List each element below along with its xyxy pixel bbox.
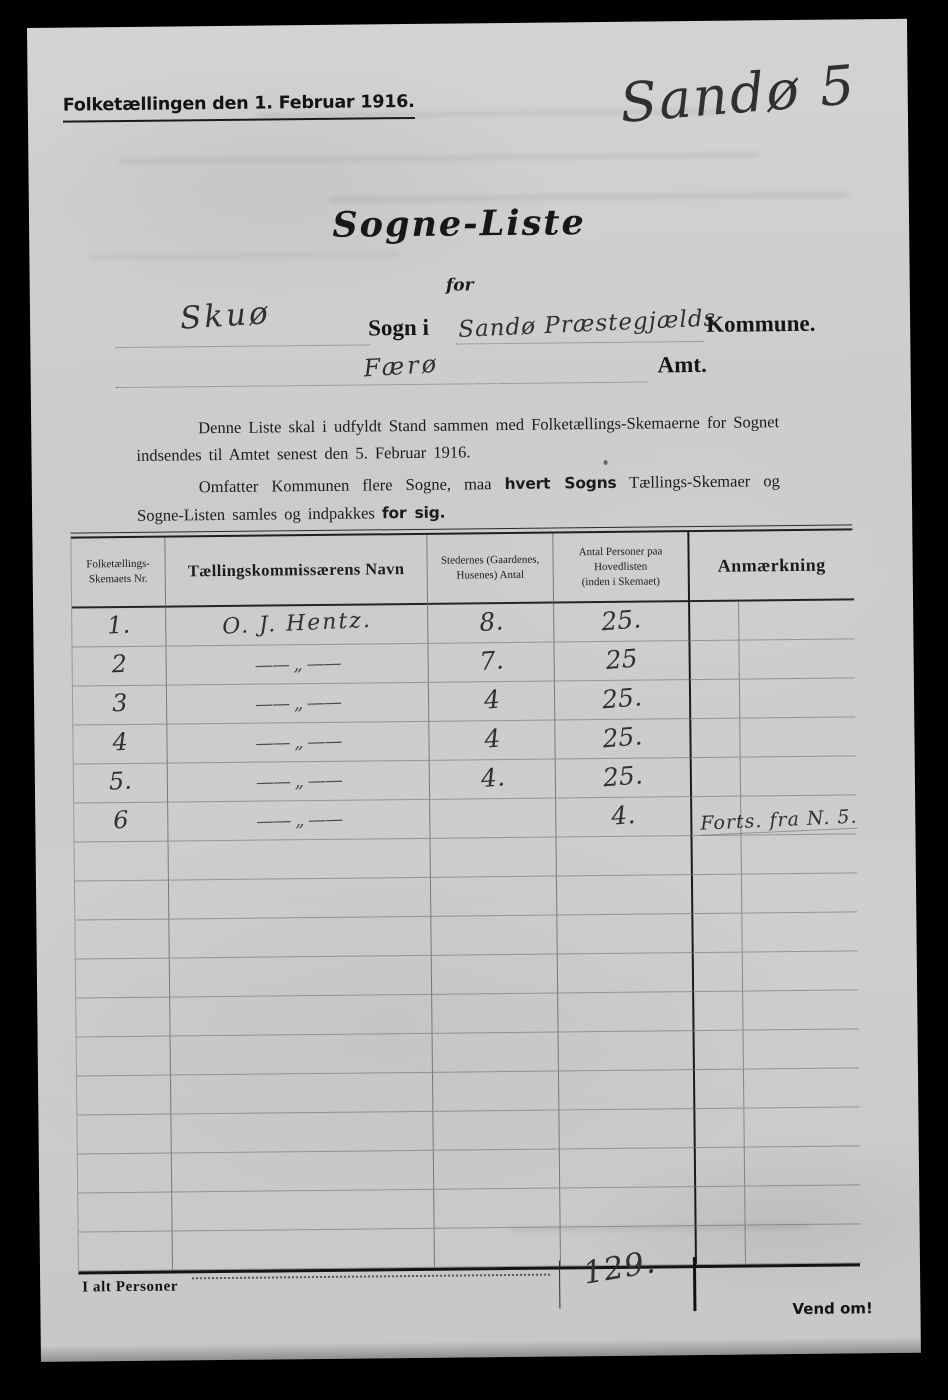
empty-row-cell: [431, 955, 557, 995]
paper-sheet: Folketællingen den 1. Februar 1916. Sand…: [27, 19, 921, 1362]
row-persons: 25: [553, 641, 688, 681]
empty-row-cell: [557, 953, 692, 993]
bleed-through-streak: [89, 252, 399, 259]
handwritten-nr: 1.: [107, 611, 131, 640]
empty-row-cell: [694, 1185, 860, 1226]
row-places: 4: [428, 721, 554, 761]
handwritten-nr: 2: [111, 650, 128, 679]
form-header: Folketællingen den 1. Februar 1916.: [63, 92, 415, 123]
empty-row-cell: [170, 1112, 432, 1154]
total-persons-label: I alt Personer: [82, 1278, 178, 1296]
empty-row-cell: [75, 881, 168, 921]
empty-row-cell: [75, 920, 168, 960]
handwritten-name: O. J. Hentz.: [221, 607, 372, 639]
handwritten-parish-name: Skuø: [179, 295, 272, 337]
empty-row-cell: [693, 1029, 859, 1070]
ditto-mark: —— „ ——: [256, 809, 342, 832]
page-title: Sogne-Liste: [29, 199, 889, 249]
amt-label: Amt.: [657, 352, 706, 379]
empty-row-cell: [171, 1190, 433, 1232]
paragraph2-bold-hvert-sogns: hvert Sogns: [504, 474, 616, 493]
empty-row-cell: [556, 875, 691, 915]
row-name: —— „ ——: [167, 800, 429, 842]
empty-row-cell: [78, 1154, 171, 1194]
handwritten-places: 7.: [478, 645, 504, 676]
paragraph2-bold-for-sig: for sig.: [382, 504, 446, 523]
instructions-block: Denne Liste skal i udfyldt Stand sammen …: [136, 408, 780, 535]
col-header-commissioner-name: Tællingskommissærens Navn: [164, 535, 427, 608]
col-header-remark: Anmærkning: [687, 530, 854, 602]
paragraph2-pre: Omfatter Kommunen flere Sogne, maa: [199, 474, 505, 496]
empty-row-cell: [168, 917, 430, 959]
handwritten-nr: 5.: [108, 767, 132, 796]
handwritten-persons: 25.: [601, 721, 643, 753]
handwritten-places: 4.: [479, 762, 505, 793]
handwritten-places: 8.: [478, 606, 504, 637]
empty-row-cell: [75, 842, 168, 882]
bleed-through-streak: [118, 152, 758, 164]
sogne-table: Folketællings- Skemaets Nr. Tællingskomm…: [70, 528, 860, 1274]
handwritten-nr: 3: [111, 689, 128, 718]
row-name: —— „ ——: [166, 722, 428, 764]
row-nr: 4: [73, 725, 166, 765]
empty-row-cell: [695, 1224, 861, 1265]
empty-row-cell: [433, 1188, 559, 1228]
empty-row-cell: [77, 1037, 170, 1077]
row-name: —— „ ——: [166, 683, 428, 725]
row-nr: 3: [73, 686, 166, 726]
row-persons: 25.: [554, 680, 689, 720]
row-places: 7.: [427, 643, 553, 683]
empty-row-cell: [168, 839, 430, 881]
instructions-paragraph-1: Denne Liste skal i udfyldt Stand sammen …: [136, 408, 780, 469]
empty-row-cell: [168, 878, 430, 920]
empty-row-cell: [79, 1232, 172, 1272]
col-header-persons-count: Antal Personer paa Hovedlisten (inden i …: [552, 532, 688, 603]
row-nr: 1.: [72, 608, 165, 648]
row-persons: 25.: [553, 602, 688, 642]
handwritten-persons: 25.: [601, 682, 643, 714]
handwritten-nr: 6: [113, 806, 130, 835]
kommune-label: Kommune.: [706, 311, 816, 338]
ditto-mark: —— „ ——: [254, 692, 340, 715]
dotted-rule: [115, 344, 370, 348]
empty-row-cell: [558, 1070, 693, 1110]
row-places: 4: [428, 682, 554, 722]
empty-row-cell: [433, 1149, 559, 1189]
handwritten-places: 4: [483, 723, 501, 753]
row-nr: 6: [74, 803, 167, 843]
empty-row-cell: [559, 1148, 694, 1188]
for-label: for: [30, 271, 890, 300]
empty-row-cell: [558, 1031, 693, 1071]
empty-row-cell: [434, 1227, 560, 1267]
handwritten-municipality-name: Sandø Præstegjælds: [458, 305, 717, 343]
row-nr: 5.: [74, 764, 167, 804]
sogn-i-label: Sogn i: [368, 315, 429, 342]
empty-row-cell: [556, 836, 691, 876]
handwritten-remark: Forts. fra N. 5.: [700, 805, 858, 835]
handwritten-nr: 4: [112, 728, 129, 757]
row-persons: 25.: [554, 719, 689, 759]
empty-row-cell: [556, 914, 691, 954]
empty-row-cell: [77, 1076, 170, 1116]
empty-row-cell: [432, 1032, 558, 1072]
empty-row-cell: [77, 1115, 170, 1155]
row-remark: [689, 717, 855, 758]
row-remark: [688, 600, 854, 641]
empty-row-cell: [170, 1034, 432, 1076]
handwritten-district-number: Sandø 5: [618, 53, 859, 135]
empty-row-cell: [693, 1107, 859, 1148]
ditto-mark: —— „ ——: [255, 731, 341, 754]
empty-row-cell: [432, 1110, 558, 1150]
ditto-mark: —— „ ——: [255, 770, 341, 793]
row-remark: [690, 756, 856, 797]
empty-row-cell: [169, 956, 431, 998]
dotted-rule: [455, 341, 703, 345]
row-places: 4.: [429, 760, 555, 800]
row-remark: Forts. fra N. 5.: [690, 795, 856, 836]
row-remark: [689, 678, 855, 719]
handwritten-persons: 4.: [610, 799, 636, 830]
dotted-leader: [192, 1274, 550, 1280]
row-places: 8.: [427, 604, 553, 644]
row-name: O. J. Hentz.: [165, 605, 427, 647]
empty-row-cell: [692, 990, 858, 1031]
empty-row-cell: [557, 992, 692, 1032]
row-persons: 4.: [555, 797, 690, 837]
col-header-skema-nr: Folketællings- Skemaets Nr.: [71, 538, 165, 609]
empty-row-cell: [693, 1068, 859, 1109]
handwritten-county-name: Færø: [363, 350, 440, 383]
ditto-mark: —— „ ——: [254, 653, 340, 676]
empty-row-cell: [690, 834, 856, 875]
row-name: —— „ ——: [165, 644, 427, 686]
empty-row-cell: [169, 995, 431, 1037]
turn-over-note: Vend om!: [792, 1299, 873, 1318]
col-header-places-count: Stedernes (Gaardenes, Husenes) Antal: [426, 534, 553, 605]
column-line-stub-heavy: [693, 1257, 696, 1311]
handwritten-persons: 25.: [602, 760, 644, 792]
empty-row-cell: [171, 1151, 433, 1193]
row-remark: [688, 639, 854, 680]
empty-row-cell: [691, 873, 857, 914]
dotted-rule: [116, 382, 648, 389]
empty-row-cell: [430, 838, 556, 878]
empty-row-cell: [692, 951, 858, 992]
row-nr: 2: [72, 647, 165, 687]
empty-row-cell: [76, 998, 169, 1038]
scanned-census-page: { "document": { "top_header": "Folketæll…: [0, 0, 948, 1400]
empty-row-cell: [691, 912, 857, 953]
empty-row-cell: [431, 994, 557, 1034]
handwritten-persons: 25.: [600, 604, 642, 636]
row-persons: 25.: [555, 758, 690, 798]
empty-row-cell: [76, 959, 169, 999]
sogne-liste-table-frame: Folketællings- Skemaets Nr. Tællingskomm…: [70, 524, 860, 1274]
handwritten-places: 4: [482, 684, 500, 714]
empty-row-cell: [559, 1187, 694, 1227]
empty-row-cell: [558, 1109, 693, 1149]
empty-row-cell: [694, 1146, 860, 1187]
instructions-paragraph-2: Omfatter Kommunen flere Sogne, maa hvert…: [137, 467, 781, 530]
empty-row-cell: [430, 877, 556, 917]
empty-row-cell: [430, 916, 556, 956]
row-name: —— „ ——: [167, 761, 429, 803]
empty-row-cell: [432, 1071, 558, 1111]
empty-row-cell: [170, 1073, 432, 1115]
empty-row-cell: [78, 1193, 171, 1233]
handwritten-persons: 25: [605, 643, 639, 674]
row-places: [429, 799, 555, 839]
empty-row-cell: [172, 1229, 434, 1271]
